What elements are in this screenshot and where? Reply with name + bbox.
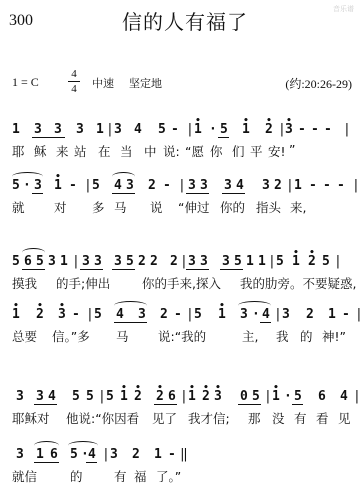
- lyric-word: 我: [276, 327, 289, 345]
- note: 4: [340, 389, 348, 404]
- lyric-word: 多: [92, 198, 105, 216]
- octave-dot: •: [286, 116, 291, 126]
- lyric-word: 马: [116, 327, 129, 345]
- note: 3: [188, 254, 196, 269]
- lyric-word: 就信: [12, 467, 37, 485]
- octave-dot: •: [13, 301, 18, 311]
- barline: |: [106, 122, 114, 137]
- key-signature: 1 = C: [12, 75, 39, 90]
- lyric-word: 就: [12, 198, 25, 216]
- lyric-word: 见了: [152, 409, 177, 427]
- note: 0: [240, 389, 248, 404]
- note-row: 3165·4|321-‖: [10, 443, 352, 465]
- beam-underline: [32, 137, 65, 138]
- note: 2: [274, 178, 282, 193]
- lyric-word: 没: [272, 409, 285, 427]
- note: 3: [224, 178, 232, 193]
- note-row: 5·31•-|5432-|333432|1---|: [10, 174, 352, 196]
- note: 1: [154, 447, 162, 462]
- note: 3: [114, 122, 122, 137]
- beam-underline: [34, 404, 57, 405]
- lyric-word: 中: [144, 142, 157, 160]
- barline: |: [186, 122, 194, 137]
- song-title: 信的人有福了: [0, 6, 362, 35]
- note: 2•: [156, 389, 164, 404]
- barline: |: [334, 254, 342, 269]
- beam-underline: [220, 269, 243, 270]
- barline: ‖: [180, 447, 188, 462]
- slur-arc: [22, 248, 45, 257]
- barline: |: [178, 178, 186, 193]
- note: 3: [200, 178, 208, 193]
- lyric-word: 你: [210, 142, 223, 160]
- staff-system-4: 1•2•3•-|5432-|51•3·4|321-|总要信。”多马说:“我的主,…: [10, 303, 352, 343]
- octave-dot: •: [59, 301, 64, 311]
- beam-underline: [112, 193, 135, 194]
- note: 2•: [308, 254, 316, 269]
- extension-dash: -: [72, 307, 80, 322]
- beam-underline: [80, 269, 103, 270]
- lyric-word: 耶: [12, 142, 25, 160]
- extension-dash: -: [298, 122, 306, 137]
- slur-arc: [68, 441, 98, 450]
- note: 3•: [58, 307, 66, 322]
- note: 5: [252, 389, 260, 404]
- beam-underline: [154, 404, 177, 405]
- barline: |: [102, 447, 110, 462]
- note: 4: [48, 389, 56, 404]
- octave-dot: •: [203, 383, 208, 393]
- extension-dash: -: [163, 178, 171, 193]
- note: 3: [262, 178, 270, 193]
- note: 2: [138, 254, 146, 269]
- beam-underline: [292, 404, 303, 405]
- note: 3•: [214, 389, 222, 404]
- barline: |: [86, 307, 94, 322]
- beam-underline: [222, 193, 245, 194]
- octave-dot: •: [157, 383, 162, 393]
- note: 5: [276, 254, 284, 269]
- note: 4: [236, 178, 244, 193]
- note: 5: [106, 389, 114, 404]
- lyric-word: 说: [150, 198, 163, 216]
- note: 3: [282, 307, 290, 322]
- note: 5: [234, 254, 242, 269]
- barline: |: [72, 254, 80, 269]
- lyric-word: ”: [289, 142, 295, 157]
- lyric-word: 当: [120, 142, 133, 160]
- lyric-word: 的手;伸出: [56, 274, 110, 292]
- octave-dot: •: [121, 383, 126, 393]
- barline: |: [274, 307, 282, 322]
- lyric-word: 平: [250, 142, 263, 160]
- lyric-word: 摸我: [12, 274, 37, 292]
- lyric-word: 安!: [268, 142, 286, 160]
- tempo-marking: 中速: [92, 75, 114, 91]
- barline: |: [352, 178, 360, 193]
- note: 5: [294, 389, 302, 404]
- barline: |: [353, 389, 361, 404]
- octave-dot: •: [55, 172, 60, 182]
- scripture-reference: (约:20:26-29): [285, 75, 352, 92]
- note: 2: [132, 447, 140, 462]
- note: 1: [258, 254, 266, 269]
- staff-system-2: 5·31•-|5432-|333432|1---|就对多马说“伸过你的指头来,: [10, 174, 352, 214]
- barline: |: [268, 254, 276, 269]
- lyric-word: 有: [294, 409, 307, 427]
- note: 1•: [12, 307, 20, 322]
- octave-dot: •: [309, 248, 314, 258]
- beam-underline: [238, 404, 261, 405]
- lyric-word: 耶稣对: [12, 409, 50, 427]
- extension-dash: -: [174, 307, 182, 322]
- lyric-word: 总要: [12, 327, 37, 345]
- note: 1•: [242, 122, 250, 137]
- beam-underline: [112, 269, 135, 270]
- note: 2•: [36, 307, 44, 322]
- lyric-word: 马: [114, 198, 127, 216]
- lyric-word: 站: [74, 142, 87, 160]
- beam-underline: [34, 462, 59, 463]
- lyric-word: 的: [300, 327, 313, 345]
- note: 5: [322, 254, 330, 269]
- extension-dash: -: [324, 122, 332, 137]
- note: 2•: [202, 389, 210, 404]
- beam-underline: [260, 322, 271, 323]
- note: 3: [222, 254, 230, 269]
- note: 3: [188, 178, 196, 193]
- note: 3: [54, 122, 62, 137]
- note: 5: [220, 122, 228, 137]
- beam-underline: [22, 269, 45, 270]
- note: 3: [16, 447, 24, 462]
- note: 1•: [218, 307, 226, 322]
- barline: |: [286, 178, 294, 193]
- beam-underline: [186, 269, 209, 270]
- note: 5: [72, 389, 80, 404]
- lyric-word: 了。”: [156, 467, 181, 485]
- extension-dash: -: [309, 178, 317, 193]
- note: 3: [34, 122, 42, 137]
- lyric-word: 来,: [290, 198, 306, 216]
- staff-system-5: 33455|51•2•2•6|1•2•3•05|1•·564|耶稣对他说:“你因…: [10, 385, 352, 425]
- octave-dot: •: [215, 383, 220, 393]
- note: 5: [194, 307, 202, 322]
- extension-dash: -: [311, 122, 319, 137]
- watermark: 音乐谱: [333, 4, 354, 14]
- lyric-word: 有: [114, 467, 127, 485]
- lyric-word: 对: [54, 198, 67, 216]
- slur-arc: [112, 172, 135, 181]
- barline: |: [355, 307, 362, 322]
- extension-dash: -: [342, 307, 350, 322]
- note: 5: [158, 122, 166, 137]
- staff-system-3: 56531|3335222|333511|51•2•5|摸我的手;伸出你的手来,…: [10, 250, 352, 290]
- barline: |: [343, 122, 351, 137]
- note: 3: [94, 254, 102, 269]
- beam-underline: [186, 193, 209, 194]
- lyric-word: 我才信;: [188, 409, 230, 427]
- octave-dot: •: [273, 383, 278, 393]
- note: 1: [96, 122, 104, 137]
- lyric-word: 他说:“你因看: [66, 409, 139, 427]
- lyric-word: 的: [70, 467, 83, 485]
- note: 5: [126, 254, 134, 269]
- lyric-word: 主,: [242, 327, 258, 345]
- note-row: 13331|345-|1•·51•2•|3•---|: [10, 118, 352, 140]
- octave-dot: •: [243, 116, 248, 126]
- note: 1•: [272, 389, 280, 404]
- note: 3: [110, 447, 118, 462]
- lyric-word: 信。”多: [52, 327, 90, 345]
- lyric-word: 看: [316, 409, 329, 427]
- note: 1•: [54, 178, 62, 193]
- staff-system-6: 3165·4|321-‖就信的有福了。”: [10, 443, 352, 483]
- note: 1: [246, 254, 254, 269]
- lyric-word: 们: [232, 142, 245, 160]
- note-row: 33455|51•2•2•6|1•2•3•05|1•·564|: [10, 385, 352, 407]
- lyric-word: 说:“我的: [158, 327, 206, 345]
- staff-system-1: 13331|345-|1•·51•2•|3•---|耶稣来站在当中说:“愿你们平…: [10, 118, 352, 158]
- extension-dash: -: [69, 178, 77, 193]
- lyric-word: 你的手来,探入: [142, 274, 221, 292]
- barline: |: [186, 307, 194, 322]
- slur-arc: [238, 301, 271, 310]
- note: ·: [284, 389, 292, 404]
- note: 2•: [265, 122, 273, 137]
- barline: |: [264, 389, 272, 404]
- note: 6: [318, 389, 326, 404]
- lyric-word: 福: [134, 467, 147, 485]
- lyric-word: 指头: [256, 198, 281, 216]
- note: 3: [36, 389, 44, 404]
- extension-dash: -: [337, 178, 345, 193]
- note: 2: [148, 178, 156, 193]
- note: 1•: [120, 389, 128, 404]
- barline: |: [180, 389, 188, 404]
- octave-dot: •: [266, 116, 271, 126]
- slur-arc: [34, 441, 59, 450]
- lyric-word: 稣: [34, 142, 47, 160]
- extension-dash: -: [171, 122, 179, 137]
- barline: |: [98, 389, 106, 404]
- note: 5: [92, 178, 100, 193]
- note: 2: [160, 307, 168, 322]
- beam-underline: [32, 193, 43, 194]
- note: 3: [114, 254, 122, 269]
- octave-dot: •: [219, 301, 224, 311]
- lyric-word: 那: [248, 409, 261, 427]
- note: 2: [150, 254, 158, 269]
- slur-arc: [114, 301, 147, 310]
- note: 5: [12, 254, 20, 269]
- lyric-word: “伸过: [178, 198, 209, 216]
- beam-underline: [114, 322, 147, 323]
- octave-dot: •: [189, 383, 194, 393]
- time-signature-top: 4: [68, 68, 80, 80]
- note: 1: [60, 254, 68, 269]
- slur-arc: [12, 172, 43, 181]
- note-row: 56531|3335222|333511|51•2•5|: [10, 250, 352, 272]
- note: 6: [168, 389, 176, 404]
- note-row: 1•2•3•-|5432-|51•3·4|321-|: [10, 303, 352, 325]
- note: 3: [16, 389, 24, 404]
- octave-dot: •: [37, 301, 42, 311]
- extension-dash: -: [168, 447, 176, 462]
- note: 3: [82, 254, 90, 269]
- note: 3: [200, 254, 208, 269]
- note: 3: [48, 254, 56, 269]
- lyric-word: 来: [56, 142, 69, 160]
- note: 3•: [285, 122, 293, 137]
- time-signature: 4 4: [68, 68, 80, 95]
- barline: |: [84, 178, 92, 193]
- lyric-word: “愿: [185, 142, 204, 160]
- score-meta: 1 = C 4 4 中速 坚定地 (约:20:26-29): [12, 68, 352, 98]
- lyric-word: 你的: [220, 198, 245, 216]
- note: 1: [12, 122, 20, 137]
- lyric-word: 见: [338, 409, 351, 427]
- lyric-word: 神!”: [322, 327, 346, 345]
- lyric-word: 说:: [163, 142, 180, 160]
- time-signature-bottom: 4: [68, 83, 80, 95]
- note: 5: [94, 307, 102, 322]
- note: 1•: [292, 254, 300, 269]
- note: 1•: [188, 389, 196, 404]
- note: 5: [86, 389, 94, 404]
- expression-marking: 坚定地: [129, 75, 162, 91]
- note: 3: [76, 122, 84, 137]
- beam-underline: [218, 137, 229, 138]
- note: 2•: [134, 389, 142, 404]
- note: 2: [170, 254, 178, 269]
- lyric-word: 我的肋旁。不要疑惑,: [240, 274, 356, 292]
- beam-underline: [86, 462, 97, 463]
- lyric-word: 在: [98, 142, 111, 160]
- note: 2: [306, 307, 314, 322]
- note: ·: [209, 122, 217, 137]
- octave-dot: •: [195, 116, 200, 126]
- note: 4: [134, 122, 142, 137]
- note: 1: [294, 178, 302, 193]
- note: 1: [328, 307, 336, 322]
- note: 1•: [194, 122, 202, 137]
- octave-dot: •: [135, 383, 140, 393]
- extension-dash: -: [323, 178, 331, 193]
- octave-dot: •: [293, 248, 298, 258]
- barline: |: [180, 254, 188, 269]
